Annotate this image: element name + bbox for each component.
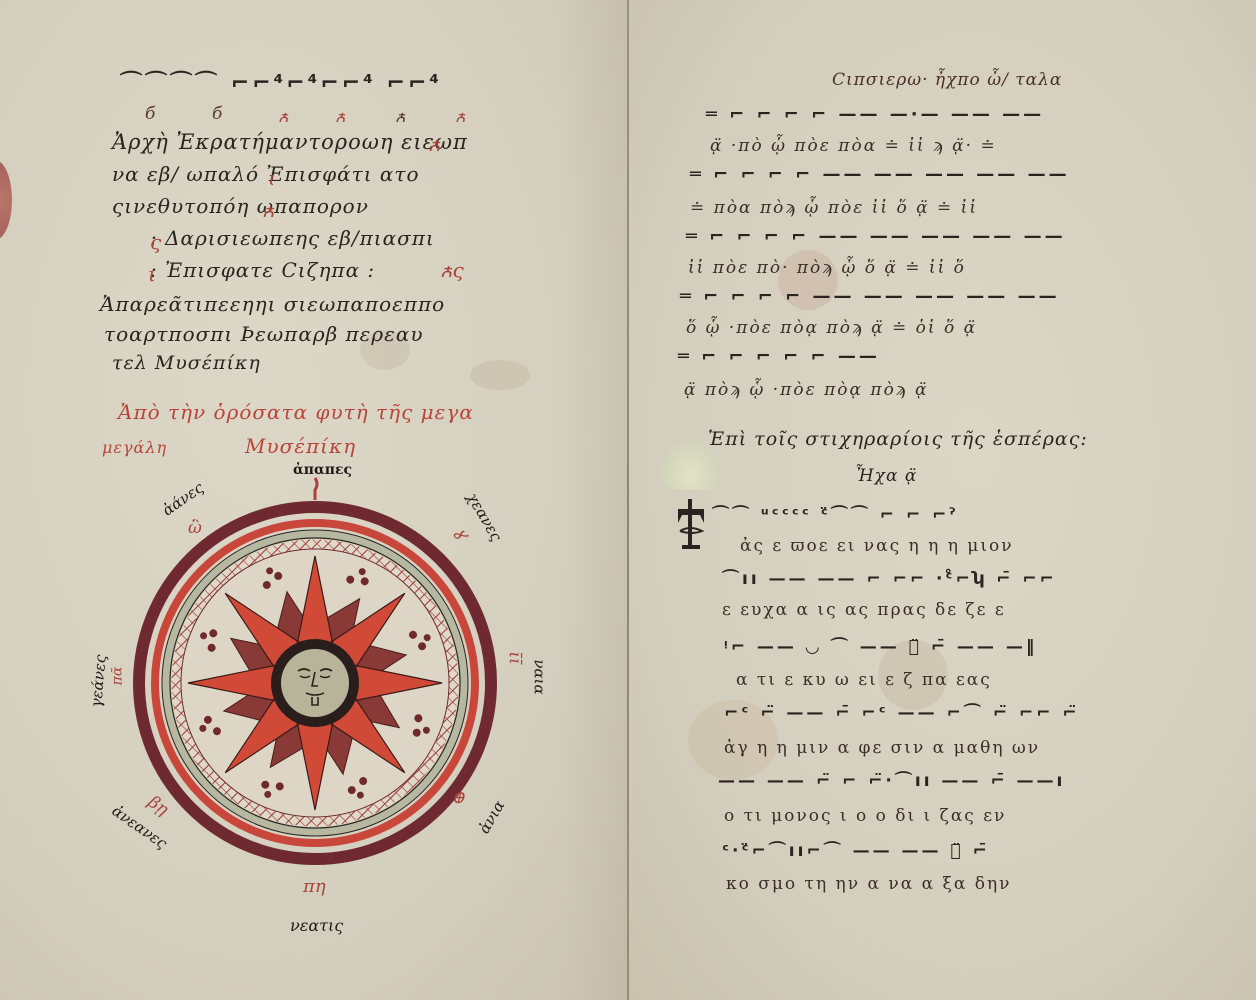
- chant-neumes-3: ᵎ⌐ —— ◡ ⌒ —— ⌒̈ ⌐̄ —— —‖: [724, 632, 1037, 657]
- chant-neumes-1: ⌒⌒ ᵘᶜᶜᶜᶜ ᶜ̈⌒⌒ ⌐ ⌐ ⌐ˀ: [712, 500, 958, 525]
- right-header: Ϲιπσιερω· ἦχπο ὦ/ ταλα: [832, 70, 1062, 90]
- stave-neumes-2: ═ ⌐ ⌐ ⌐ ⌐ —— —— —— —— ——: [690, 164, 1070, 185]
- chant-neumes-2: ⌒ıı —— —— ⌐ ⌐⌐ ·ᶜ̊⌐ʮ ⌐̄ ⌐⌐: [722, 564, 1057, 589]
- left-page: ⌒⌒⌒⌒ ⌐⌐⁴⌐⁴⌐⌐⁴ ⌐⌐⁴ б б ꙉ ꙉ ꙉ ꙉ Ἀρχὴ Ἐκρατ…: [0, 0, 628, 1000]
- book-gutter: [627, 0, 629, 1000]
- chant-text-4: ἀγ η η μιν α φε σιν α μαθη ων: [724, 738, 1040, 758]
- chant-neumes-5: —— —— ⌐̈ ⌐ ⌐̈·⌒ıı —— ⌐̄ ——ı: [718, 766, 1065, 791]
- stave-neumes-4: ═ ⌐ ⌐ ⌐ ⌐ —— —— —— —— ——: [680, 286, 1060, 307]
- mode-indicator: Ἦχα ᾳ̈: [855, 466, 917, 486]
- rose-label-bottom: νεατις: [290, 916, 343, 935]
- rose-mark-top-left: ὣ: [188, 518, 202, 538]
- stave-syllables-4: ὅ ᾧ ·πὸε πὸᾳ πὸϡ ᾳ̈ ≐ ὁἰ ὅ ᾳ̈: [686, 318, 977, 338]
- rose-mark-bottom-right: ꚛ: [452, 782, 464, 809]
- painted-flower: [660, 440, 720, 490]
- rose-mark-left: πᾶ: [109, 667, 125, 686]
- chant-text-1: ἀς ε ϖοε ει νας η η η μιον: [740, 536, 1014, 556]
- chant-text-3: α τι ε κυ ω ει ε ζ πα εας: [736, 670, 992, 690]
- chant-text-5: ο τι μονος ι ο ο δι ι ζας εν: [724, 806, 1006, 826]
- chant-neumes-4: ⌐ᶜ ⌐̈ —— ⌐̄ ⌐ᶜ —— ⌐⌒ ⌐̈ ⌐⌐ ⌐̈: [724, 698, 1080, 723]
- stave-syllables-2: ≐ πὸα πὸϡ ᾧ πὸε ἰἰ ὅ ᾳ̈ ≐ ἰἰ: [690, 198, 978, 218]
- rose-mark-bottom: πη: [303, 876, 326, 897]
- rubric-hesperinos: Ἐπὶ τοῖς στιχηραρίοις τῆς ἑσπέρας:: [708, 428, 1088, 450]
- rose-label-right: ναια: [531, 659, 549, 694]
- stave-neumes-5: ═ ⌐ ⌐ ⌐ ⌐ ⌐ ——: [678, 346, 880, 367]
- stave-syllables-5: ᾳ̈ πὸϡ ᾧ ·πὸε πὸᾳ πὸϡ ᾳ̈: [684, 380, 929, 400]
- stave-neumes-1: ═ ⌐ ⌐ ⌐ ⌐ —— —·— —— ——: [706, 104, 1044, 125]
- initial-tau-icon: [676, 495, 706, 551]
- chant-neumes-6: ᶜ·ᶜ̈⌐⌒ıı⌐⌒ —— —— ⌒̈ ⌐̄: [722, 836, 990, 861]
- stave-syllables-3: ἰἰ πὸε πὸ· πὸϡ ᾧ ὅ ᾳ̈ ≐ ἰἰ ὅ: [688, 258, 966, 278]
- chant-text-2: ε ευχα α ις ας πρας δε ζε ε: [722, 600, 1006, 620]
- chant-text-6: κο σμο τη ην α να α ξα δην: [726, 874, 1011, 894]
- stave-syllables-1: ᾳ̈ ·πὸ ᾧ πὸε πὸα ≐ ἰἰ ϡ ᾳ̈· ≐: [710, 136, 997, 156]
- compass-rose: [0, 0, 628, 1000]
- stave-neumes-3: ═ ⌐ ⌐ ⌐ ⌐ —— —— —— —— ——: [686, 226, 1066, 247]
- gutter-shadow: [560, 0, 628, 1000]
- rose-mark-right: ῑῑ: [505, 651, 525, 664]
